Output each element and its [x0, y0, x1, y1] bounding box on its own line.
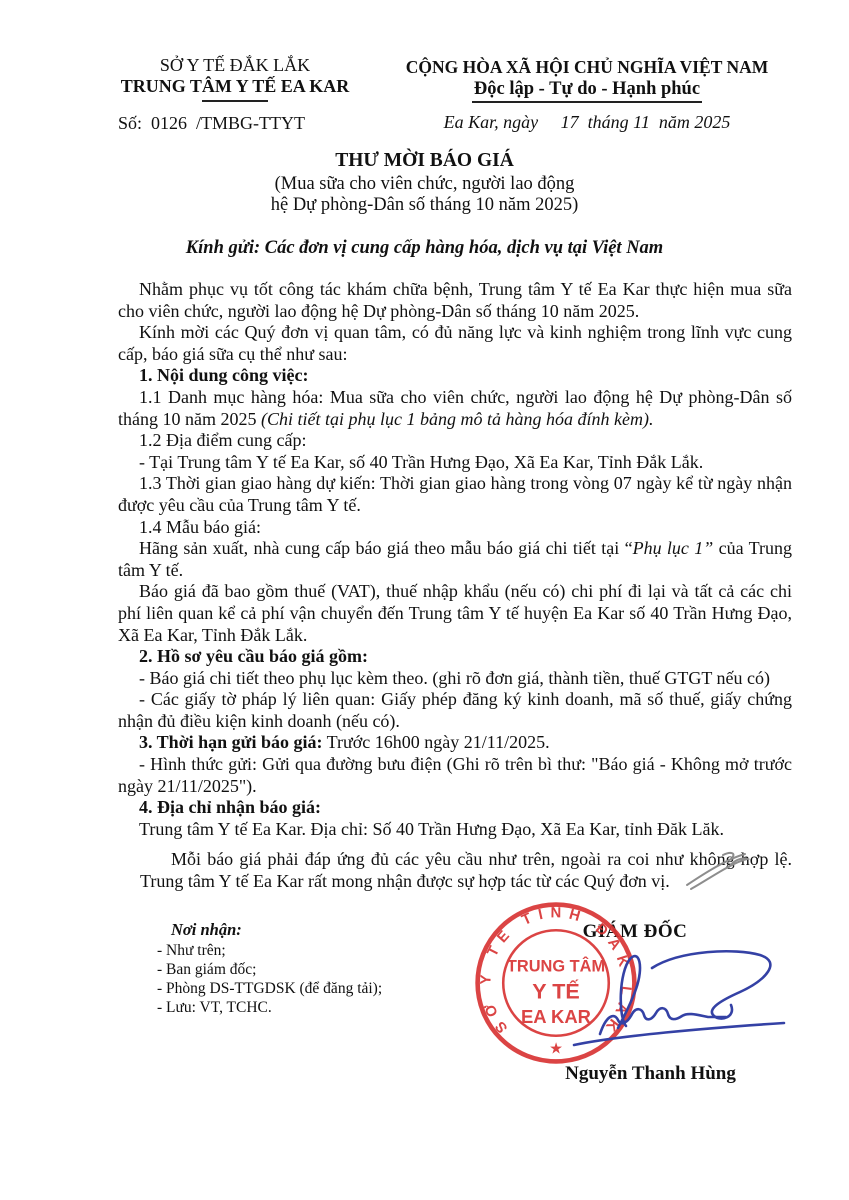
- signer-name: Nguyễn Thanh Hùng: [538, 1063, 763, 1085]
- section-4-heading: 4. Địa chỉ nhận báo giá:: [118, 797, 792, 819]
- recipients-block: Nơi nhận: - Như trên; - Ban giám đốc; - …: [157, 920, 382, 1017]
- national-title: CỘNG HÒA XÃ HỘI CHỦ NGHĨA VIỆT NAM: [382, 57, 792, 78]
- parent-org-name: SỞ Y TẾ ĐẮK LẮK: [96, 55, 374, 76]
- section-1-2-item: - Tại Trung tâm Y tế Ea Kar, số 40 Trần …: [118, 452, 792, 474]
- director-signature: [556, 942, 801, 1054]
- section-1-4-heading: 1.4 Mẫu báo giá:: [118, 517, 792, 539]
- section-1-4-pre: Hãng sản xuất, nhà cung cấp báo giá theo…: [139, 538, 633, 558]
- document-subtitle-line2: hệ Dự phòng-Dân số tháng 10 năm 2025): [0, 195, 849, 217]
- document-title: THƯ MỜI BÁO GIÁ: [0, 150, 849, 172]
- document-number: Số: 0126 /TMBG-TTYT: [96, 113, 374, 134]
- paragraph-vat: Báo giá đã bao gồm thuế (VAT), thuế nhập…: [118, 581, 792, 646]
- section-2-item-1: - Báo giá chi tiết theo phụ lục kèm theo…: [118, 668, 792, 690]
- document-subtitle-line1: (Mua sữa cho viên chức, người lao động: [0, 174, 849, 196]
- section-1-heading: 1. Nội dung công việc:: [118, 365, 792, 387]
- paragraph-intro: Nhằm phục vụ tốt công tác khám chữa bệnh…: [118, 279, 792, 322]
- recipient-item: - Như trên;: [157, 941, 382, 960]
- section-1-3: 1.3 Thời gian giao hàng dự kiến: Thời gi…: [118, 473, 792, 516]
- org-underline: [202, 100, 268, 102]
- org-name: TRUNG TÂM Y TẾ EA KAR: [96, 76, 374, 97]
- issuing-org-block: SỞ Y TẾ ĐẮK LẮK TRUNG TÂM Y TẾ EA KAR Số…: [96, 55, 374, 134]
- initial-paraph-mark: [683, 849, 753, 894]
- salutation-line: Kính gửi: Các đơn vị cung cấp hàng hóa, …: [0, 238, 849, 259]
- section-2-heading: 2. Hồ sơ yêu cầu báo giá gồm:: [118, 646, 792, 668]
- national-motto: Độc lập - Tự do - Hạnh phúc: [472, 79, 702, 103]
- section-1-1-note: (Chi tiết tại phụ lục 1 bảng mô tả hàng …: [261, 409, 653, 429]
- section-3-heading: 3. Thời hạn gửi báo giá:: [139, 732, 323, 752]
- section-4-address: Trung tâm Y tế Ea Kar. Địa chỉ: Số 40 Tr…: [118, 819, 792, 841]
- document-body: Nhằm phục vụ tốt công tác khám chữa bệnh…: [118, 279, 792, 840]
- section-3-deadline: Trước 16h00 ngày 21/11/2025.: [323, 732, 550, 752]
- national-header-block: CỘNG HÒA XÃ HỘI CHỦ NGHĨA VIỆT NAM Độc l…: [382, 57, 792, 133]
- section-1-1: 1.1 Danh mục hàng hóa: Mua sữa cho viên …: [118, 387, 792, 430]
- section-2-item-2: - Các giấy tờ pháp lý liên quan: Giấy ph…: [118, 689, 792, 732]
- title-block: THƯ MỜI BÁO GIÁ (Mua sữa cho viên chức, …: [0, 150, 849, 217]
- section-1-4-text: Hãng sản xuất, nhà cung cấp báo giá theo…: [118, 538, 792, 581]
- section-3-item: - Hình thức gửi: Gửi qua đường bưu điện …: [118, 754, 792, 797]
- paragraph-invite: Kính mời các Quý đơn vị quan tâm, có đủ …: [118, 322, 792, 365]
- recipients-heading: Nơi nhận:: [171, 920, 382, 939]
- recipient-item: - Ban giám đốc;: [157, 960, 382, 979]
- section-1-2-heading: 1.2 Địa điểm cung cấp:: [118, 430, 792, 452]
- document-page: SỞ Y TẾ ĐẮK LẮK TRUNG TÂM Y TẾ EA KAR Số…: [0, 0, 849, 1200]
- place-date-line: Ea Kar, ngày 17 tháng 11 năm 2025: [382, 112, 792, 133]
- section-3: 3. Thời hạn gửi báo giá: Trước 16h00 ngà…: [118, 732, 792, 754]
- recipient-item: - Lưu: VT, TCHC.: [157, 998, 382, 1017]
- section-1-4-appendix-ref: Phụ lục 1”: [633, 538, 714, 558]
- recipient-item: - Phòng DS-TTGDSK (để đăng tải);: [157, 979, 382, 998]
